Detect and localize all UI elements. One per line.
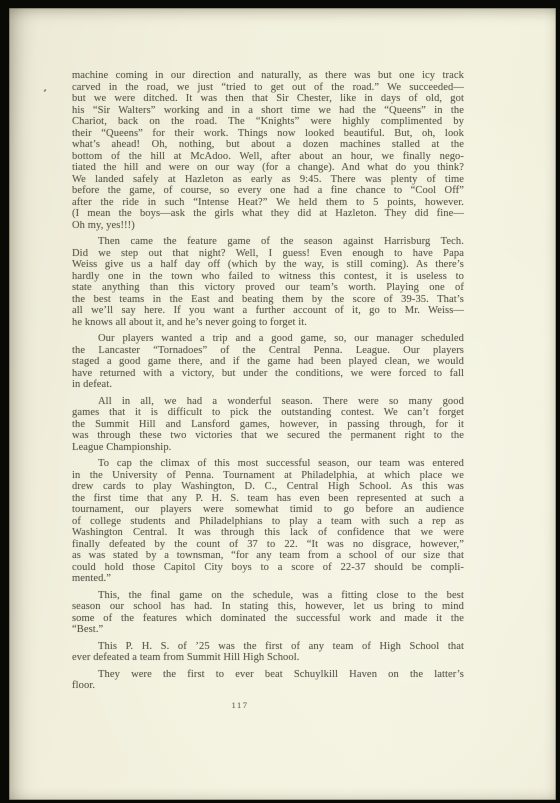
text-line: after the ride in such “Intense Heat?” W…: [72, 197, 464, 209]
text-line: the Summit Hill and Lansford games, howe…: [72, 419, 464, 431]
text-line: machine coming in our direction and natu…: [72, 70, 464, 82]
text-line: To cap the climax of this most successfu…: [72, 458, 464, 470]
text-line: This P. H. S. of ’25 was the first of an…: [72, 641, 464, 653]
text-line: mented.”: [72, 573, 464, 585]
text-line: season our school has had. In stating th…: [72, 601, 464, 613]
paragraph: This P. H. S. of ’25 was the first of an…: [72, 641, 464, 664]
text-line: state anything than this victory proved …: [72, 282, 464, 294]
paragraph: Then came the feature game of the season…: [72, 236, 464, 328]
text-line: League Championship.: [72, 442, 464, 454]
text-line: (I mean the boys—ask the girls what they…: [72, 208, 464, 220]
text-line: “Best.”: [72, 624, 464, 636]
text-line: have returned with a victory, but under …: [72, 368, 464, 380]
text-line: Oh my, yes!!!): [72, 220, 464, 232]
text-line: he knows all about it, and he’s never go…: [72, 317, 464, 329]
text-line: the best teams in the East and beating t…: [72, 294, 464, 306]
text-line: ever defeated a team from Summit Hill Hi…: [72, 652, 464, 664]
text-line: tournament, our players were somewhat ti…: [72, 504, 464, 516]
paragraph: This, the final game on the schedule, wa…: [72, 590, 464, 636]
page-text: machine coming in our direction and natu…: [72, 70, 464, 692]
text-line: drew cards to play Washington, D. C., Ce…: [72, 481, 464, 493]
text-line: bottom of the hill at McAdoo. Well, afte…: [72, 151, 464, 163]
text-line: what’s ahead! Oh, nothing, but about a d…: [72, 139, 464, 151]
text-line: the first time that any P. H. S. team ha…: [72, 493, 464, 505]
text-line: all we’ll say here. If you want a furthe…: [72, 305, 464, 317]
paragraph: machine coming in our direction and natu…: [72, 70, 464, 231]
text-line: of college students and Philadelphians t…: [72, 516, 464, 528]
text-line: Then came the feature game of the season…: [72, 236, 464, 248]
text-line: could hold those Capitol City boys to a …: [72, 562, 464, 574]
text-line: but we were ditched. It was then that Si…: [72, 93, 464, 105]
text-line: Weiss give us a half day off (which by t…: [72, 259, 464, 271]
text-line: carved in the road, we just “tried to ge…: [72, 82, 464, 94]
paragraph: To cap the climax of this most successfu…: [72, 458, 464, 585]
text-line: in defeat.: [72, 379, 464, 391]
text-line: We landed safely at Hazleton as early as…: [72, 174, 464, 186]
text-line: was through these two victories that we …: [72, 430, 464, 442]
text-line: before the game, of course, so every one…: [72, 185, 464, 197]
paragraph: They were the first to ever beat Schuylk…: [72, 669, 464, 692]
scan-frame: { "page": { "number": "117", "paragraphs…: [0, 0, 560, 803]
text-line: finally defeated by the count of 37 to 2…: [72, 539, 464, 551]
text-line: staged a good game there, and if the gam…: [72, 356, 464, 368]
text-line: Chariot, back on the road. The “Knights”…: [72, 116, 464, 128]
text-line: as was stated by a townsman, “for any te…: [72, 550, 464, 562]
text-line: hardly one in the town who failed to wit…: [72, 271, 464, 283]
text-line: the Lancaster “Tornadoes” of the Central…: [72, 345, 464, 357]
ink-speck: [43, 89, 46, 93]
paragraph: All in all, we had a wonderful season. T…: [72, 396, 464, 454]
text-line: This, the final game on the schedule, wa…: [72, 590, 464, 602]
text-line: some of the features which dominated the…: [72, 613, 464, 625]
text-line: his “Sir Walters” working and in a short…: [72, 105, 464, 117]
text-line: Our players wanted a trip and a good gam…: [72, 333, 464, 345]
text-line: games that it is difficult to pick the o…: [72, 407, 464, 419]
text-line: floor.: [72, 680, 464, 692]
text-line: Washington Central. It was through this …: [72, 527, 464, 539]
text-line: They were the first to ever beat Schuylk…: [72, 669, 464, 681]
text-line: tiated the hill and were on our way (for…: [72, 162, 464, 174]
book-page: machine coming in our direction and natu…: [9, 8, 556, 800]
text-line: their “Queens” for their work. Things no…: [72, 128, 464, 140]
page-number: 117: [44, 700, 436, 710]
text-line: All in all, we had a wonderful season. T…: [72, 396, 464, 408]
text-line: in the University of Penna. Tournament a…: [72, 470, 464, 482]
text-line: Did we step out that night? Well, I gues…: [72, 248, 464, 260]
paragraph: Our players wanted a trip and a good gam…: [72, 333, 464, 391]
